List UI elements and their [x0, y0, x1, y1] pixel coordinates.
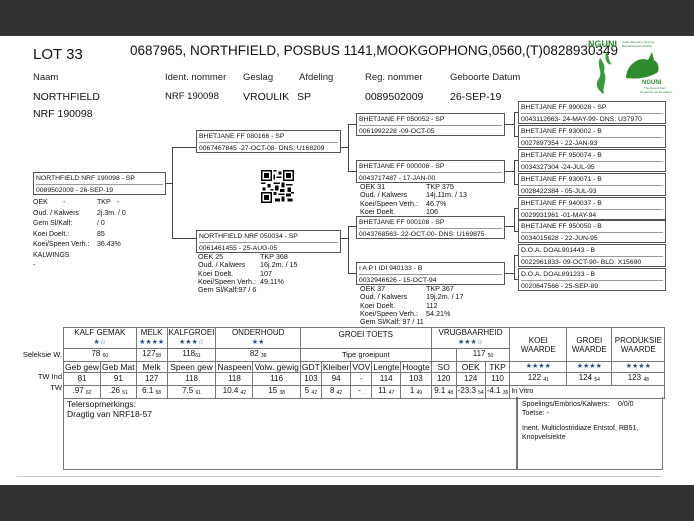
sel-value: 82 — [250, 349, 259, 358]
stars-kalf-gemak: ★☆ — [64, 338, 137, 349]
inent-text-2: Knopvelsiekte — [522, 433, 658, 442]
row-label-seleksie: Seleksie W. — [22, 350, 62, 359]
accuracy: 41 — [543, 377, 549, 383]
value-geboorte: 26-SEP-19 — [450, 91, 501, 103]
dam-name: NORTHFIELD NRF 050034 - SP — [199, 231, 338, 243]
connector-line — [505, 124, 515, 125]
tw-ind-cell: 110 — [485, 373, 510, 386]
sel-melk: 12758 — [136, 349, 167, 362]
ancestor-name: BHETJANE FF 000006 - SP — [359, 161, 502, 173]
accuracy: 49 — [417, 390, 423, 396]
pedigree-sire-sire: BHETJANE FF 050052 - SP 0061992228 -09-O… — [356, 113, 505, 136]
group-label: KALF GEMAK — [74, 328, 125, 337]
stat-value: - — [63, 198, 97, 209]
column-header: Hoogte — [401, 362, 431, 373]
connector-line — [505, 171, 515, 172]
dam-dam-stats: OEK 37 TKP 367 Oud. / Kalwers19j.2m. / 1… — [360, 285, 464, 326]
pedigree-sire-dam: BHETJANE FF 000006 - SP 0043717487 - 17-… — [356, 160, 505, 183]
tw-ind-cell: 114 — [372, 373, 401, 386]
accuracy: 48 — [643, 377, 649, 383]
group-label: KOEI — [511, 336, 565, 345]
sel-value: 117 — [473, 349, 486, 358]
ancestor-reg-date: 0061992228 -09-OCT-05 — [359, 126, 502, 137]
toetse-text: Toetse: - — [522, 409, 658, 418]
ancestor-reg-date: 0022961833- 09-OCT-90- BLD: X15690 — [521, 257, 663, 268]
accuracy: 51 — [122, 390, 128, 396]
accuracy: 42 — [241, 390, 247, 396]
inent-text: Inent. Multiclostridiaze Entstof, RB51, — [522, 424, 658, 433]
connector-dam — [172, 238, 196, 239]
owner-info: 0687965, NORTHFIELD, POSBUS 1141,MOOKGOP… — [130, 43, 618, 58]
group-label: PRODUKSIE — [613, 336, 663, 345]
accuracy: 42 — [311, 390, 317, 396]
pedigree-gen4-2: BHETJANE FF 930002 - B 0027897354 - 22-J… — [518, 125, 666, 148]
tw-ind-cell: 118 — [167, 373, 216, 386]
stat-label: Oud. / Kalwers — [33, 209, 97, 220]
tw-ind-cell: 127 — [136, 373, 167, 386]
stars-koei-waarde: ★★★★ — [510, 362, 567, 373]
connector-gen3 — [514, 160, 515, 184]
accuracy: 62 — [86, 390, 92, 396]
tw-value: 15 — [268, 386, 277, 395]
sel-onderhoud: 82 38 — [216, 349, 300, 362]
tw-value: -4.1 — [487, 386, 501, 395]
animal-name: NORTHFIELD NRF 190098 - SP — [36, 173, 163, 185]
pedigree-dam: NORTHFIELD NRF 050034 - SP 0061461455 - … — [196, 230, 341, 253]
divider — [17, 476, 662, 477]
tw-value: 8 — [330, 386, 334, 395]
ancestor-reg-date: 0027897354 - 22-JAN-93 — [521, 138, 663, 149]
accuracy: 36 — [503, 390, 509, 396]
tw-ind-cell: 103 — [300, 373, 321, 386]
stars-kalfgroei: ★★★☆ — [167, 338, 216, 349]
sel-vrugbaarheid: 117 50 — [456, 349, 510, 362]
svg-text:Beestelersgenootskap: Beestelersgenootskap — [622, 44, 652, 48]
tw-value: 5 — [305, 386, 309, 395]
group-label: KALFGROEI — [169, 328, 215, 337]
stat-label: Koei Doelt.: — [33, 230, 97, 241]
column-header: GDT — [300, 362, 321, 373]
tipe-groeipunt: Tipe groeipunt — [300, 349, 431, 362]
spoelings-value: 0/0/0 — [618, 401, 634, 408]
group-onderhoud: ONDERHOUD — [216, 328, 300, 339]
stat-value: - — [117, 198, 119, 209]
group-koei-waarde: KOEIWAARDE — [510, 328, 567, 362]
tw-value: 1 — [410, 386, 414, 395]
nguni-logo-icon: NGUNI Cattle Breeders' Society Beesteler… — [586, 38, 686, 96]
stat-label: Gem Sl/Kalf: — [33, 219, 97, 230]
sel-vrugbaarheid-blank — [431, 349, 456, 362]
sel-kalf-gemak: 78 60 — [64, 349, 137, 362]
accuracy: 60 — [103, 353, 109, 359]
tw-value: .26 — [109, 386, 120, 395]
connector-gen3 — [514, 255, 515, 279]
ind-value: 122 — [528, 373, 541, 382]
ancestor-name: I A P I IDI 940133 - B — [359, 263, 502, 275]
sel-kalfgroei: 11861 — [167, 349, 216, 362]
column-header-row: Geb gewGeb MatMelkSpeen gewNaspeenVolw. … — [64, 362, 665, 373]
sel-value: 78 — [91, 349, 100, 358]
pedigree-dam-sire: BHETJANE FF 000108 - SP 0043768563- 22-O… — [356, 216, 505, 239]
stars-melk: ★★★★ — [136, 338, 167, 349]
stat-label: OEK — [33, 198, 63, 209]
column-header: VOV — [351, 362, 372, 373]
group-label: VRUGBAARHEID — [438, 328, 502, 337]
value-naam-id: NRF 190098 — [33, 108, 93, 120]
group-groei-toets: GROEI TOETS — [300, 328, 431, 349]
group-label: ONDERHOUD — [232, 328, 284, 337]
accuracy: 58 — [156, 390, 162, 396]
performance-table: KALF GEMAK MELK KALFGROEI ONDERHOUD GROE… — [63, 327, 665, 399]
tw-ind-cell: 81 — [64, 373, 101, 386]
ind-value: 123 — [628, 373, 641, 382]
ancestor-name: BHETJANE FF 990028 - SP — [521, 102, 663, 114]
connector-sire — [172, 147, 196, 148]
ancestor-name: BHETJANE FF 940037 - B — [521, 198, 663, 210]
column-header: TKP — [485, 362, 510, 373]
connector-line — [341, 147, 349, 148]
sel-value: 118 — [182, 349, 195, 358]
value-reg: 0089502009 — [365, 91, 423, 103]
value-ident: NRF 190098 — [165, 91, 219, 102]
ancestor-reg-date: 0043112663- 24-MAY-99- DNS: U37970 — [521, 114, 663, 125]
group-label: GROEI — [568, 336, 610, 345]
tw-ind-cell: 124 — [456, 373, 485, 386]
group-label: MELK — [141, 328, 163, 337]
group-produksie-waarde: PRODUKSIEWAARDE — [612, 328, 665, 362]
accuracy: 58 — [156, 353, 162, 359]
svg-text:die goue kis van die toekoms: die goue kis van die toekoms — [640, 91, 673, 94]
dam-stats: OEK 25 TKP 368 Oud. / Kalwers16j.2m. / 1… — [198, 253, 298, 294]
stat-label: TKP — [97, 198, 117, 209]
accuracy: 54 — [594, 377, 600, 383]
accuracy: 38 — [279, 390, 285, 396]
ancestor-reg-date: 0034327304 -24-JUL-95 — [521, 162, 663, 173]
ind-koei-waarde: 122 41 — [510, 373, 567, 386]
sire-reg-date: 0067467845 -27-OCT-08- DNS: U168209 — [199, 143, 338, 154]
accuracy: 61 — [195, 353, 201, 359]
tw-ind-cell: 118 — [216, 373, 253, 386]
stat-value: 85 — [97, 230, 105, 241]
connector-animal — [165, 183, 173, 184]
group-kalfgroei: KALFGROEI — [167, 328, 216, 339]
ancestor-reg-date: 0043768563- 22-OCT-00- DNS: U169875 — [359, 229, 502, 240]
column-header: Lengte — [372, 362, 401, 373]
group-label: WAARDE — [568, 345, 610, 354]
pedigree-gen4-1: BHETJANE FF 990028 - SP 0043112663- 24-M… — [518, 101, 666, 124]
column-header: Melk — [136, 362, 167, 373]
stars-groei-waarde: ★★★★ — [567, 362, 612, 373]
tw-ind-cell: 120 — [431, 373, 456, 386]
ancestor-reg-date: 0034015628 - 22-JUN-95 — [521, 233, 663, 244]
label-geboorte: Geboorte Datum — [450, 72, 520, 83]
stars-produksie-waarde: ★★★★ — [612, 362, 665, 373]
connector-gen2-sire — [348, 124, 349, 172]
tw-ind-cell: - — [351, 373, 372, 386]
ancestor-reg-date: 0028422384 - 05-JUL-93 — [521, 186, 663, 197]
row-label-tw-ind: TW Ind — [22, 372, 62, 381]
ancestor-name: BHETJANE FF 950050 - B — [521, 221, 663, 233]
column-header: SO — [431, 362, 456, 373]
ancestor-name: BHETJANE FF 930002 - B — [521, 126, 663, 138]
ancestor-name: BHETJANE FF 000108 - SP — [359, 217, 502, 229]
stat-value: 2j.3m. / 0 — [97, 209, 126, 220]
pedigree-gen4-7: D.O.A. DOAL901443 - B 0022961833- 09-OCT… — [518, 244, 666, 267]
tw-ind-row: 819112711811811610394-114103120124110122… — [64, 373, 665, 386]
tw-value: 11 — [378, 386, 386, 395]
connector-line — [348, 273, 356, 274]
stat-value: Gem Sl/Kalf:97 / 6 — [198, 286, 298, 294]
ancestor-name: D.O.A. DOAL901443 - B — [521, 245, 663, 257]
row-label-tw: TW — [22, 383, 62, 392]
additional-info: Spoelings/Embrios/Kalwers:0/0/0 Toetse: … — [517, 397, 663, 470]
connector-line — [348, 124, 356, 125]
connector-line — [348, 226, 356, 227]
accuracy: 50 — [488, 353, 494, 359]
group-vrugbaarheid: VRUGBAARHEID — [431, 328, 510, 339]
tw-value: 6.1 — [142, 386, 153, 395]
accuracy: 48 — [448, 390, 454, 396]
value-geslag: VROULIK — [243, 91, 289, 103]
tw-ind-cell: 94 — [321, 373, 350, 386]
ancestor-name: D.O.A. DOAL891233 - B — [521, 269, 663, 281]
remarks-title: Telersopmerkings: — [67, 399, 513, 409]
column-header: Volw. gewig — [253, 362, 300, 373]
connector-line — [348, 171, 356, 172]
pedigree-dam-dam: I A P I IDI 940133 - B 0032946626 - 15-O… — [356, 262, 505, 285]
accuracy: 61 — [195, 390, 201, 396]
tw-value: .97 — [73, 386, 84, 395]
connector-gen2-dam — [348, 226, 349, 274]
qr-code-icon — [261, 170, 294, 203]
tw-ind-cell: 116 — [253, 373, 300, 386]
svg-text:The Desert Ram: The Desert Ram — [644, 86, 667, 90]
sire-name: BHETJANE FF 080166 - SP — [199, 131, 338, 143]
label-geslag: Geslag — [243, 72, 273, 83]
ind-produksie-waarde: 123 48 — [612, 373, 665, 386]
group-label: WAARDE — [613, 345, 663, 354]
column-header: Geb gew — [64, 362, 101, 373]
accuracy: 38 — [261, 353, 267, 359]
column-header: Kleiber — [321, 362, 350, 373]
pedigree-gen4-5: BHETJANE FF 940037 - B 0029931961 -01-MA… — [518, 197, 666, 220]
accuracy: . — [363, 390, 364, 396]
value-naam: NORTHFIELD — [33, 91, 100, 103]
kalwings-label: KALWINGS — [33, 251, 126, 262]
animal-reg-date: 0089502009 - 26-SEP-19 — [36, 185, 163, 196]
group-label: GROEI TOETS — [339, 330, 393, 339]
connector-gen1 — [172, 147, 173, 239]
pedigree-gen4-6: BHETJANE FF 950050 - B 0034015628 - 22-J… — [518, 220, 666, 243]
column-header: OEK — [456, 362, 485, 373]
connector-line — [341, 238, 349, 239]
stat-value: 36.43% — [97, 240, 121, 251]
svg-text:NGUNI: NGUNI — [588, 39, 617, 49]
pedigree-gen4-8: D.O.A. DOAL891233 - B 0020647566 - 25-SE… — [518, 268, 666, 291]
tw-value: 7.5 — [182, 386, 193, 395]
ancestor-name: BHETJANE FF 050052 - SP — [359, 114, 502, 126]
tw-value: -23.3 — [458, 386, 476, 395]
kalwings-value: - — [33, 261, 126, 272]
column-header: Geb Mat — [101, 362, 137, 373]
animal-stats: OEK-TKP- Oud. / Kalwers2j.3m. / 0 Gem Sl… — [33, 198, 126, 272]
column-header: Speen gew — [167, 362, 216, 373]
tw-value: 9.1 — [434, 386, 445, 395]
tw-ind-cell: 91 — [101, 373, 137, 386]
tw-ind-cell: 103 — [401, 373, 431, 386]
spoelings-label: Spoelings/Embrios/Kalwers: — [522, 400, 618, 409]
stars-vrugbaarheid: ★★★☆ — [431, 338, 510, 349]
accuracy: 54 — [478, 390, 484, 396]
pedigree-gen4-3: BHETJANE FF 950074 - B 0034327304 -24-JU… — [518, 149, 666, 172]
stat-label: Koei/Speen Verh.: — [33, 240, 97, 251]
connector-gen3 — [514, 208, 515, 231]
column-header: Naspeen — [216, 362, 253, 373]
stars-onderhoud: ★★ — [216, 338, 300, 349]
tw-value: 10.4 — [223, 386, 239, 395]
ancestor-reg-date: 0020647566 - 25-SEP-89 — [521, 281, 663, 292]
group-melk: MELK — [136, 328, 167, 339]
stat-value: 49.11% — [260, 278, 284, 286]
stat-value: 54.21% — [426, 310, 450, 318]
group-label: WAARDE — [511, 345, 565, 354]
accuracy: 42 — [337, 390, 343, 396]
ind-value: 124 — [579, 373, 592, 382]
connector-line — [505, 226, 515, 227]
label-naam: Naam — [33, 72, 58, 83]
connector-line — [505, 273, 515, 274]
lot-number: LOT 33 — [33, 46, 83, 63]
pedigree-sire: BHETJANE FF 080166 - SP 0067467845 -27-O… — [196, 130, 341, 153]
ind-groei-waarde: 124 54 — [567, 373, 612, 386]
label-ident: Ident. nommer — [165, 72, 226, 83]
pedigree-gen4-4: BHETJANE FF 930071 - B 0028422384 - 05-J… — [518, 173, 666, 196]
label-afdeling: Afdeling — [299, 72, 333, 83]
stat-value: / 0 — [97, 219, 105, 230]
ancestor-name: BHETJANE FF 950074 - B — [521, 150, 663, 162]
group-groei-waarde: GROEIWAARDE — [567, 328, 612, 362]
pedigree-animal: NORTHFIELD NRF 190098 - SP 0089502009 - … — [33, 172, 166, 195]
tw-value: - — [358, 386, 361, 395]
group-kalf-gemak: KALF GEMAK — [64, 328, 137, 339]
sel-value: 127 — [142, 349, 155, 358]
accuracy: 47 — [389, 390, 395, 396]
remarks-text: Dragtig van NRF18-57 — [67, 409, 513, 419]
animal-catalogue-page: LOT 33 0687965, NORTHFIELD, POSBUS 1141,… — [0, 36, 694, 485]
breeder-remarks: Telersopmerkings: Dragtig van NRF18-57 — [63, 397, 517, 470]
label-reg: Reg. nommer — [365, 72, 423, 83]
stat-value: Gem Sl/Kalf: 97 / 11 — [360, 318, 464, 326]
ancestor-name: BHETJANE FF 930071 - B — [521, 174, 663, 186]
value-afdeling: SP — [297, 91, 311, 103]
